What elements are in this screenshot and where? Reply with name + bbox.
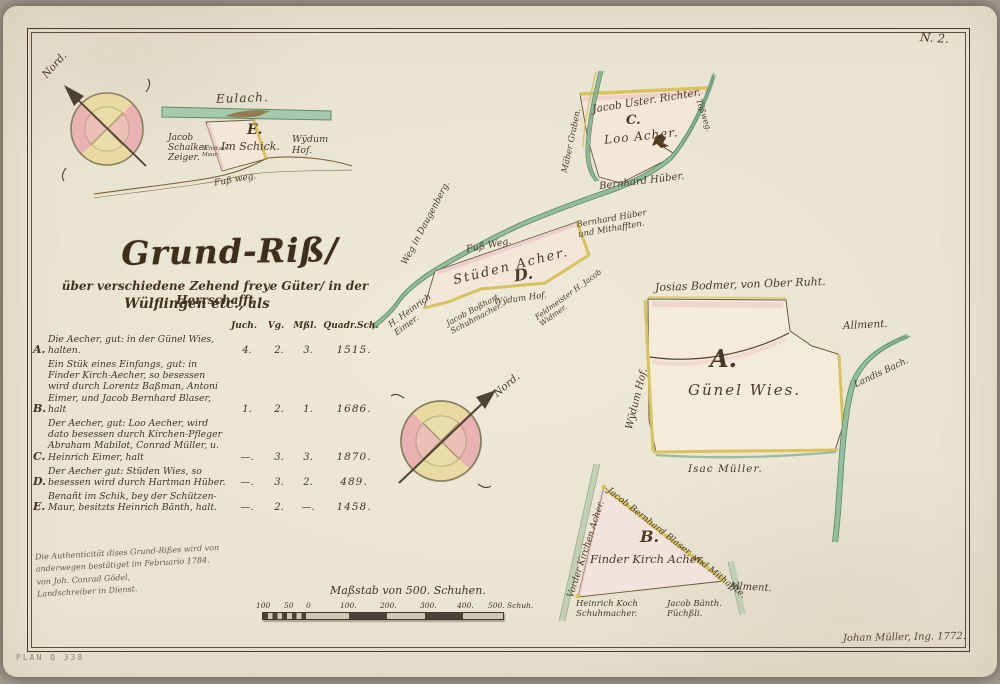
legend-description: Benañt im Schik, bey der Schützen-Maur, … (48, 491, 229, 514)
scale-bar-subdivisions (263, 613, 311, 619)
legend-value-msl: —. (293, 502, 323, 513)
parcel-d-letter: D. (513, 264, 535, 285)
scale-segment (425, 613, 463, 619)
legend-value-msl: 2. (293, 477, 323, 488)
legend-letter: C. (33, 450, 48, 463)
surveyor-signature: Johan Müller, Ing. 1772. (843, 631, 966, 644)
legend-value-quadr: 1458. (323, 501, 385, 513)
scale-bar-title: Maßstab von 500. Schuhen. (330, 584, 570, 597)
scale-tick: 50 (284, 601, 294, 610)
legend-value-vg: 2. (265, 502, 293, 513)
archive-stamp: PLAN Q 338 (16, 653, 84, 662)
parcel-b-allment-label: Allment. (729, 581, 772, 594)
parcel-b-bottomright-label: Jacob Bänth. Füchßli. (667, 600, 722, 619)
legend-row-b: B. Ein Stük eines Einfangs, gut: in Find… (33, 359, 385, 416)
legend-header-msl: Mßl. (290, 321, 320, 331)
parcel-a-letter: A. (710, 346, 737, 373)
legend-value-msl: 3. (293, 345, 323, 356)
legend-description: Der Aecher, gut: Loo Aecher, wird dato b… (48, 418, 229, 463)
legend-description: Der Aecher gut: Stüden Wies, so besessen… (48, 466, 229, 489)
legend-value-juch: —. (229, 502, 265, 513)
legend-letter: D. (33, 475, 48, 488)
legend-value-juch: 4. (229, 345, 265, 356)
legend-value-juch: —. (229, 477, 265, 488)
legend-header-vg: Vg. (262, 321, 290, 331)
legend-value-msl: 1. (293, 404, 323, 415)
legend-row-c: C. Der Aecher, gut: Loo Aecher, wird dat… (33, 418, 385, 463)
legend-value-vg: 2. (265, 404, 293, 415)
legend-value-juch: —. (229, 452, 265, 463)
legend-value-juch: 1. (229, 404, 265, 415)
legend-table: Juch. Vg. Mßl. Quadr.Sch. A. Die Aecher,… (33, 321, 385, 513)
legend-value-quadr: 1870. (323, 451, 385, 463)
legend-value-quadr: 489. (323, 476, 385, 488)
scale-segment (311, 613, 349, 619)
river-eulach-label: Eulach. (216, 91, 269, 106)
sheet-number: N. 2. (920, 30, 950, 46)
legend-row-d: D. Der Aecher gut: Stüden Wies, so beses… (33, 466, 385, 489)
parcel-e-right-label: Wÿdum Hof. (292, 135, 328, 156)
scale-tick: 100. (340, 601, 357, 610)
legend-value-vg: 2. (265, 345, 293, 356)
map-subtitle-place: Wülflingen etc., als (62, 296, 332, 312)
legend-header-juch: Juch. (226, 321, 262, 331)
parcel-b-bottomleft-label: Heinrich Koch Schuhmacher. (576, 600, 638, 619)
scale-segment (463, 613, 503, 619)
scanned-map-page: N. 2. PLAN Q 338 Johan Müller, Ing. 1772… (0, 0, 1000, 684)
parcel-e-wall-label: Schützen- Maur: (202, 146, 230, 158)
parcel-b-letter: B. (640, 528, 659, 546)
legend-value-quadr: 1686. (323, 403, 385, 415)
parcel-a-name: Günel Wies. (688, 382, 801, 399)
legend-header-quadr: Quadr.Sch. (320, 321, 382, 331)
legend-value-quadr: 1515. (323, 344, 385, 356)
legend-header-row: Juch. Vg. Mßl. Quadr.Sch. (226, 321, 385, 331)
parcel-c-letter: C. (626, 114, 641, 129)
legend-value-vg: 3. (265, 452, 293, 463)
legend-value-msl: 3. (293, 452, 323, 463)
legend-description: Die Aecher, gut: in der Günel Wies, halt… (48, 334, 229, 357)
legend-letter: B. (33, 402, 48, 415)
scale-tick: 400. (457, 601, 474, 610)
scale-bar: Maßstab von 500. Schuhen. 100 50 0 100. … (250, 584, 550, 630)
scale-tick: 0 (306, 601, 311, 610)
legend-row-a: A. Die Aecher, gut: in der Günel Wies, h… (33, 334, 385, 357)
legend-value-vg: 3. (265, 477, 293, 488)
scale-tick: 100 (256, 601, 270, 610)
scale-tick: 300. (420, 601, 437, 610)
parcel-e-letter: E. (247, 123, 263, 139)
scale-segment (349, 613, 387, 619)
legend-description: Ein Stük eines Einfangs, gut: in Finder … (48, 359, 229, 416)
legend-letter: E. (33, 500, 48, 513)
scale-tick: 500. Schuh. (488, 601, 533, 610)
parcel-b-name: Finder Kirch Acher. (590, 553, 705, 566)
map-title: Grund-Riß/ (92, 230, 369, 274)
legend-letter: A. (33, 343, 48, 356)
parcel-a-allment-label: Allment. (843, 319, 888, 333)
legend-row-e: E. Benañt im Schik, bey der Schützen-Mau… (33, 491, 385, 514)
scale-segment (387, 613, 425, 619)
scale-tick: 200. (380, 601, 397, 610)
scale-bar-ruler (262, 612, 504, 620)
parcel-a-bottom-label: Isac Müller. (688, 464, 763, 476)
